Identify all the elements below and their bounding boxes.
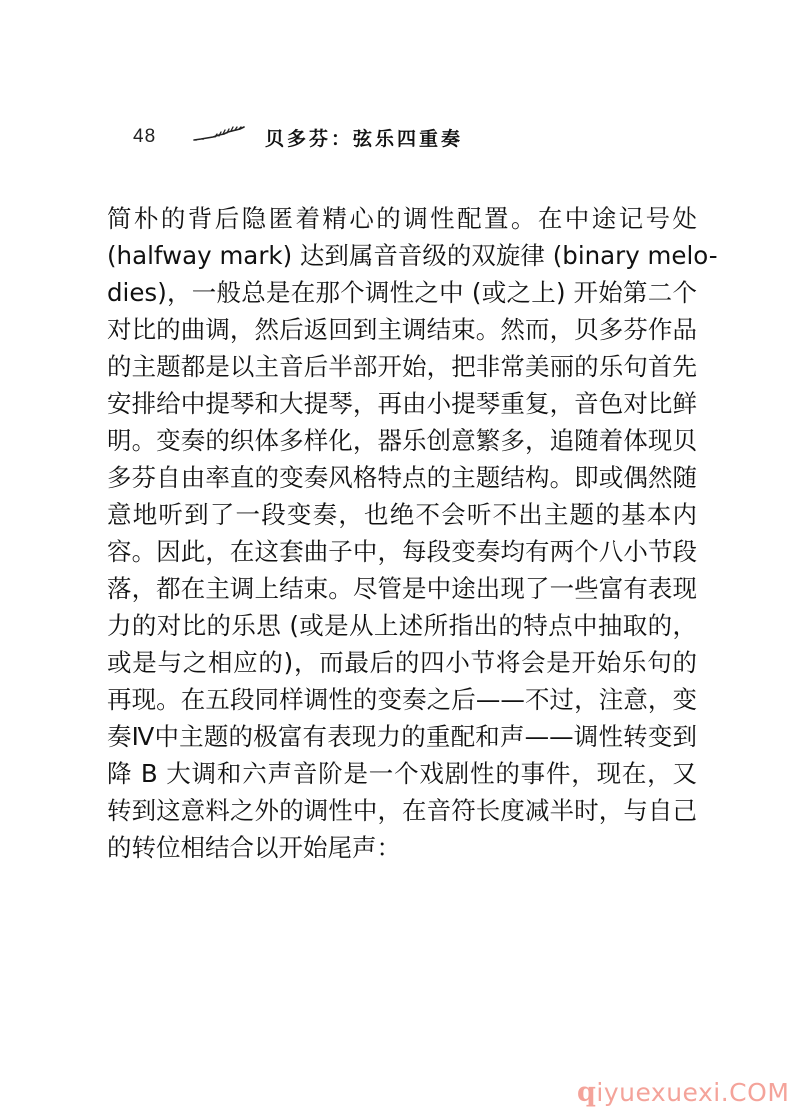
text-line: 的主题都是以主音后半部开始，把非常美丽的乐句首先 [107,348,697,385]
text-line: 或是与之相应的)，而最后的四小节将会是开始乐句的 [107,644,697,681]
text-line: dies)，一般总是在那个调性之中 (或之上) 开始第二个 [107,274,697,311]
text-line: 简朴的背后隐匿着精心的调性配置。在中途记号处 [107,200,697,237]
watermark: qiyuexuexi.COM [577,1077,789,1108]
book-page: 48 贝多芬：弦乐四重奏 简朴的背后隐匿着精心的调性配置。在中途记号处 (hal… [0,0,794,1120]
book-title: 贝多芬：弦乐四重奏 [265,124,463,151]
text-line: 力的对比的乐思 (或是从上述所指出的特点中抽取的， [107,607,697,644]
watermark-logo-q: q [577,1077,596,1108]
text-line: 容。因此，在这套曲子中，每段变奏均有两个八小节段 [107,533,697,570]
text-line: 对比的曲调，然后返回到主调结束。然而，贝多芬作品 [107,311,697,348]
watermark-text: iyuexuexi.COM [596,1078,789,1107]
text-line: 的转位相结合以开始尾声： [107,829,697,866]
text-line: 安排给中提琴和大提琴，再由小提琴重复，音色对比鲜 [107,385,697,422]
text-line: 降 B 大调和六声音阶是一个戏剧性的事件，现在，又 [107,755,697,792]
text-line: 落，都在主调上结束。尽管是中途出现了一些富有表现 [107,570,697,607]
running-head: 48 贝多芬：弦乐四重奏 [133,124,463,150]
body-paragraph: 简朴的背后隐匿着精心的调性配置。在中途记号处 (halfway mark) 达到… [107,200,697,866]
text-line: 奏Ⅳ中主题的极富有表现力的重配和声——调性转变到 [107,718,697,755]
text-line: 多芬自由率直的变奏风格特点的主题结构。即或偶然随 [107,459,697,496]
decorative-flourish-icon [193,126,245,142]
text-line: (halfway mark) 达到属音音级的双旋律 (binary melo- [107,237,697,274]
text-line: 明。变奏的织体多样化，器乐创意繁多，追随着体现贝 [107,422,697,459]
text-line: 转到这意料之外的调性中，在音符长度减半时，与自己 [107,792,697,829]
page-number: 48 [133,126,193,148]
text-line: 意地听到了一段变奏，也绝不会听不出主题的基本内 [107,496,697,533]
text-line: 再现。在五段同样调性的变奏之后——不过，注意，变 [107,681,697,718]
